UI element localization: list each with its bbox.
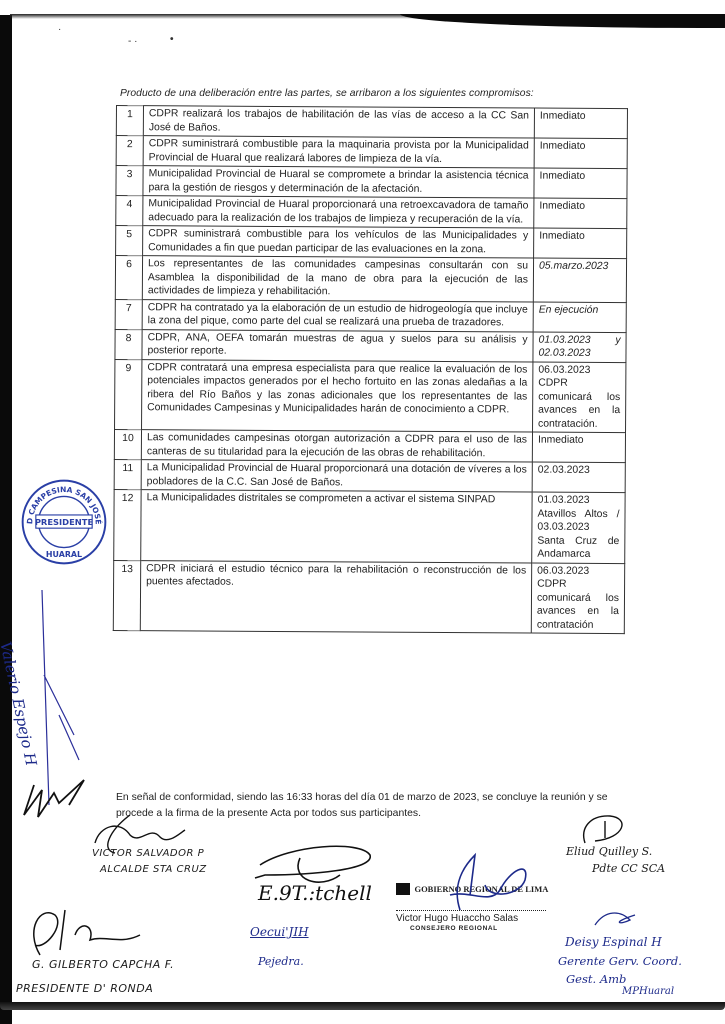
- pejedra-name: Pejedra.: [258, 955, 304, 968]
- eliud-signature-stroke: [575, 813, 635, 848]
- gilberto-name: G. GILBERTO CAPCHA F.: [32, 958, 174, 971]
- commitment-deadline: 01.03.2023 Atavillos Altos / 03.03.2023 …: [532, 492, 625, 563]
- commitment-description: La Municipalidad Provincial de Huaral pr…: [141, 460, 532, 492]
- commitment-number: 4: [116, 196, 143, 226]
- eliud-title: Pdte CC SCA: [592, 862, 665, 875]
- table-row: 9CDPR contratará una empresa especialist…: [115, 359, 626, 433]
- commitment-description: CDPR suministrará combustible para la ma…: [143, 136, 534, 168]
- gobierno-signer-name: Victor Hugo Huaccho Salas: [396, 913, 518, 924]
- margin-signature-stroke: [14, 585, 94, 825]
- commitment-deadline: 06.03.2023 CDPR comunicará los avances e…: [533, 362, 626, 433]
- table-row: 4Municipalidad Provincial de Huaral prop…: [116, 196, 627, 229]
- commitment-number: 7: [115, 299, 142, 329]
- victor-title: ALCALDE STA CRUZ: [100, 864, 207, 875]
- eliud-name: Eliud Quilley S.: [566, 845, 652, 858]
- commitment-deadline: Inmediato: [534, 228, 627, 259]
- commitment-deadline: 06.03.2023 CDPR comunicará los avances e…: [531, 563, 624, 634]
- table-row: 5CDPR suministrará combustible para los …: [116, 226, 627, 259]
- gobierno-logo-icon: [396, 883, 410, 895]
- table-row: 3Municipalidad Provincial de Huaral se c…: [116, 166, 627, 199]
- table-row: 11La Municipalidad Provincial de Huaral …: [114, 459, 625, 492]
- gilberto-signature-stroke: [20, 900, 150, 960]
- gobierno-signer-title: CONSEJERO REGIONAL: [410, 925, 498, 932]
- commitment-description: CDPR ha contratado ya la elaboración de …: [142, 299, 533, 331]
- commitment-description: CDPR, ANA, OEFA tomarán muestras de agua…: [142, 329, 533, 361]
- commitment-deadline: Inmediato: [534, 198, 627, 229]
- deisy-title-3: MPHuaral: [622, 986, 674, 997]
- et-signature-stroke: E.9T.:tchell: [250, 840, 390, 905]
- commitment-description: Las comunidades campesinas otorgan autor…: [141, 430, 532, 462]
- scan-border-top-right: [400, 14, 725, 28]
- commitment-number: 5: [116, 226, 143, 256]
- scan-speck: •: [170, 34, 174, 45]
- commitment-description: Municipalidad Provincial de Huaral propo…: [143, 196, 534, 228]
- commitment-description: CDPR contratará una empresa especialista…: [142, 359, 533, 432]
- deisy-name: Deisy Espinal H: [565, 935, 662, 949]
- scan-border-left: [0, 15, 12, 1024]
- table-row: 12La Municipalidades distritales se comp…: [114, 489, 625, 563]
- commitment-number: 6: [115, 256, 142, 300]
- deisy-title-2: Gest. Amb: [566, 972, 626, 986]
- pejedra-signature: Oecui'JIH: [250, 925, 309, 939]
- commitments-table: 1CDPR realizará los trabajos de habilita…: [113, 105, 628, 634]
- commitment-deadline: En ejecución: [533, 302, 626, 333]
- commitment-number: 11: [114, 459, 141, 489]
- deisy-title-1: Gerente Gerv. Coord.: [558, 954, 682, 968]
- commitment-description: CDPR suministrará combustible para los v…: [143, 226, 534, 258]
- commitment-description: CDPR iniciará el estudio técnico para la…: [140, 560, 531, 633]
- table-row: 13CDPR iniciará el estudio técnico para …: [113, 560, 624, 634]
- gobierno-signature-line: [396, 910, 546, 911]
- commitment-number: 8: [115, 329, 142, 359]
- intro-text: Producto de una deliberación entre las p…: [120, 88, 640, 99]
- stamp-bottom-text: HUARAL: [46, 550, 82, 559]
- table-row: 7CDPR ha contratado ya la elaboración de…: [115, 299, 626, 332]
- commitment-deadline: Inmediato: [534, 108, 627, 139]
- commitment-number: 9: [115, 359, 142, 430]
- commitment-description: CDPR realizará los trabajos de habilitac…: [143, 106, 534, 138]
- scan-border-bottom: [0, 1002, 725, 1010]
- commitment-number: 10: [114, 429, 141, 459]
- closing-paragraph: En señal de conformidad, siendo las 16:3…: [116, 790, 636, 822]
- commitment-deadline: 01.03.2023 y 02.03.2023: [533, 332, 626, 363]
- table-row: 1CDPR realizará los trabajos de habilita…: [116, 106, 627, 139]
- commitment-number: 13: [113, 560, 140, 631]
- commitment-deadline: Inmediato: [532, 432, 625, 463]
- stamp-center-text: PRESIDENTE: [35, 517, 94, 527]
- gilberto-title: PRESIDENTE D' RONDA: [16, 982, 153, 995]
- commitment-description: Municipalidad Provincial de Huaral se co…: [143, 166, 534, 198]
- commitment-deadline: Inmediato: [534, 138, 627, 169]
- commitment-number: 12: [114, 489, 141, 560]
- deisy-signature-stroke: [590, 905, 640, 930]
- scan-speck: ·: [58, 24, 61, 35]
- commitment-deadline: 05.marzo.2023: [533, 258, 626, 302]
- table-row: 10Las comunidades campesinas otorgan aut…: [114, 429, 625, 462]
- table-row: 8CDPR, ANA, OEFA tomarán muestras de agu…: [115, 329, 626, 362]
- commitment-number: 1: [116, 106, 143, 136]
- commitment-number: 2: [116, 136, 143, 166]
- table-row: 2CDPR suministrará combustible para la m…: [116, 136, 627, 169]
- presidente-stamp: COMUNIDAD CAMPESINA SAN JOSÉ DE BAÑOS PR…: [20, 478, 108, 566]
- commitment-description: La Municipalidades distritales se compro…: [141, 490, 532, 563]
- commitment-description: Los representantes de las comunidades ca…: [142, 256, 533, 302]
- commitment-deadline: 02.03.2023: [532, 462, 625, 493]
- scan-speck: - ·: [128, 36, 137, 47]
- victor-name: VICTOR SALVADOR P: [92, 848, 204, 859]
- table-row: 6Los representantes de las comunidades c…: [115, 256, 626, 303]
- commitment-deadline: Inmediato: [534, 168, 627, 199]
- svg-text:E.9T.:tchell: E.9T.:tchell: [257, 881, 372, 905]
- commitment-number: 3: [116, 166, 143, 196]
